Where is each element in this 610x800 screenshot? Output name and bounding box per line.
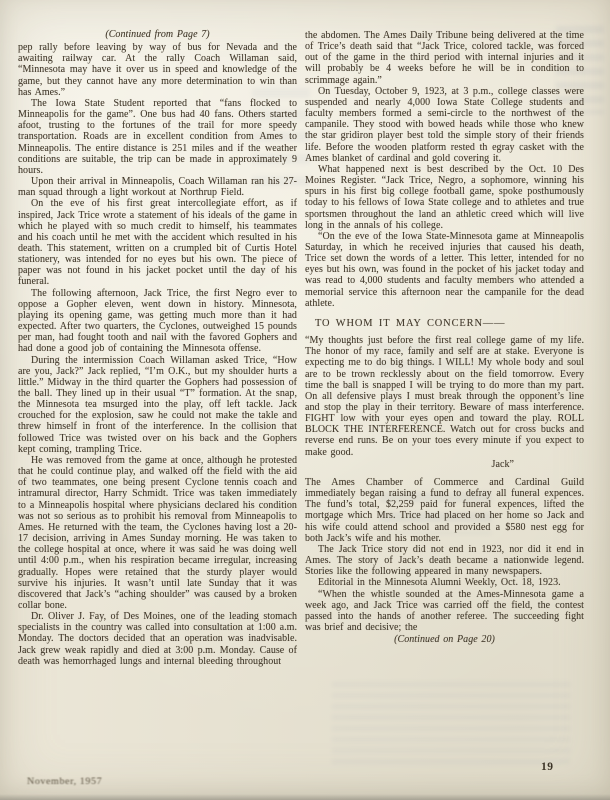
paragraph: “On the eve of the Iowa State-Minnesota … (305, 231, 584, 309)
paragraph: During the intermission Coach Willaman a… (18, 355, 297, 455)
issue-date: November, 1957 (27, 776, 102, 786)
page-number: 19 (541, 761, 554, 773)
paragraph: “When the whistle sounded at the Ames-Mi… (305, 589, 584, 634)
paragraph: On Tuesday, October 9, 1923, at 3 p.m., … (305, 86, 584, 164)
letter-heading: TO WHOM IT MAY CONCERN—— (305, 318, 584, 329)
paragraph: Upon their arrival in Minneapolis, Coach… (18, 176, 297, 198)
right-column: the abdomen. The Ames Daily Tribune bein… (305, 30, 584, 647)
left-column: (Continued from Page 7)pep rally before … (18, 28, 297, 667)
paragraph: pep rally before leaving by way of bus f… (18, 42, 297, 98)
continuation-note: (Continued on Page 20) (305, 634, 584, 645)
paragraph: On the eve of his first great intercolle… (18, 198, 297, 287)
show-through-mark (332, 682, 570, 768)
paragraph: The Jack Trice story did not end in 1923… (305, 544, 584, 577)
continuation-note: (Continued from Page 7) (18, 29, 297, 40)
paragraph: The Ames Chamber of Commerce and Cardina… (305, 477, 584, 544)
letter-signature: Jack” (305, 459, 584, 470)
paragraph: the abdomen. The Ames Daily Tribune bein… (305, 30, 584, 86)
paragraph: “My thoughts just before the first real … (305, 335, 584, 458)
paragraph: He was removed from the game at once, al… (18, 455, 297, 611)
paragraph: Dr. Oliver J. Fay, of Des Moines, one of… (18, 611, 297, 667)
paragraph: Editorial in the Minnesota Alumni Weekly… (305, 577, 584, 588)
scan-edge-shadow (0, 794, 610, 800)
paragraph: What happened next is best described by … (305, 164, 584, 231)
paragraph: The following afternoon, Jack Trice, the… (18, 288, 297, 355)
paragraph: The Iowa State Student reported that “fa… (18, 98, 297, 176)
